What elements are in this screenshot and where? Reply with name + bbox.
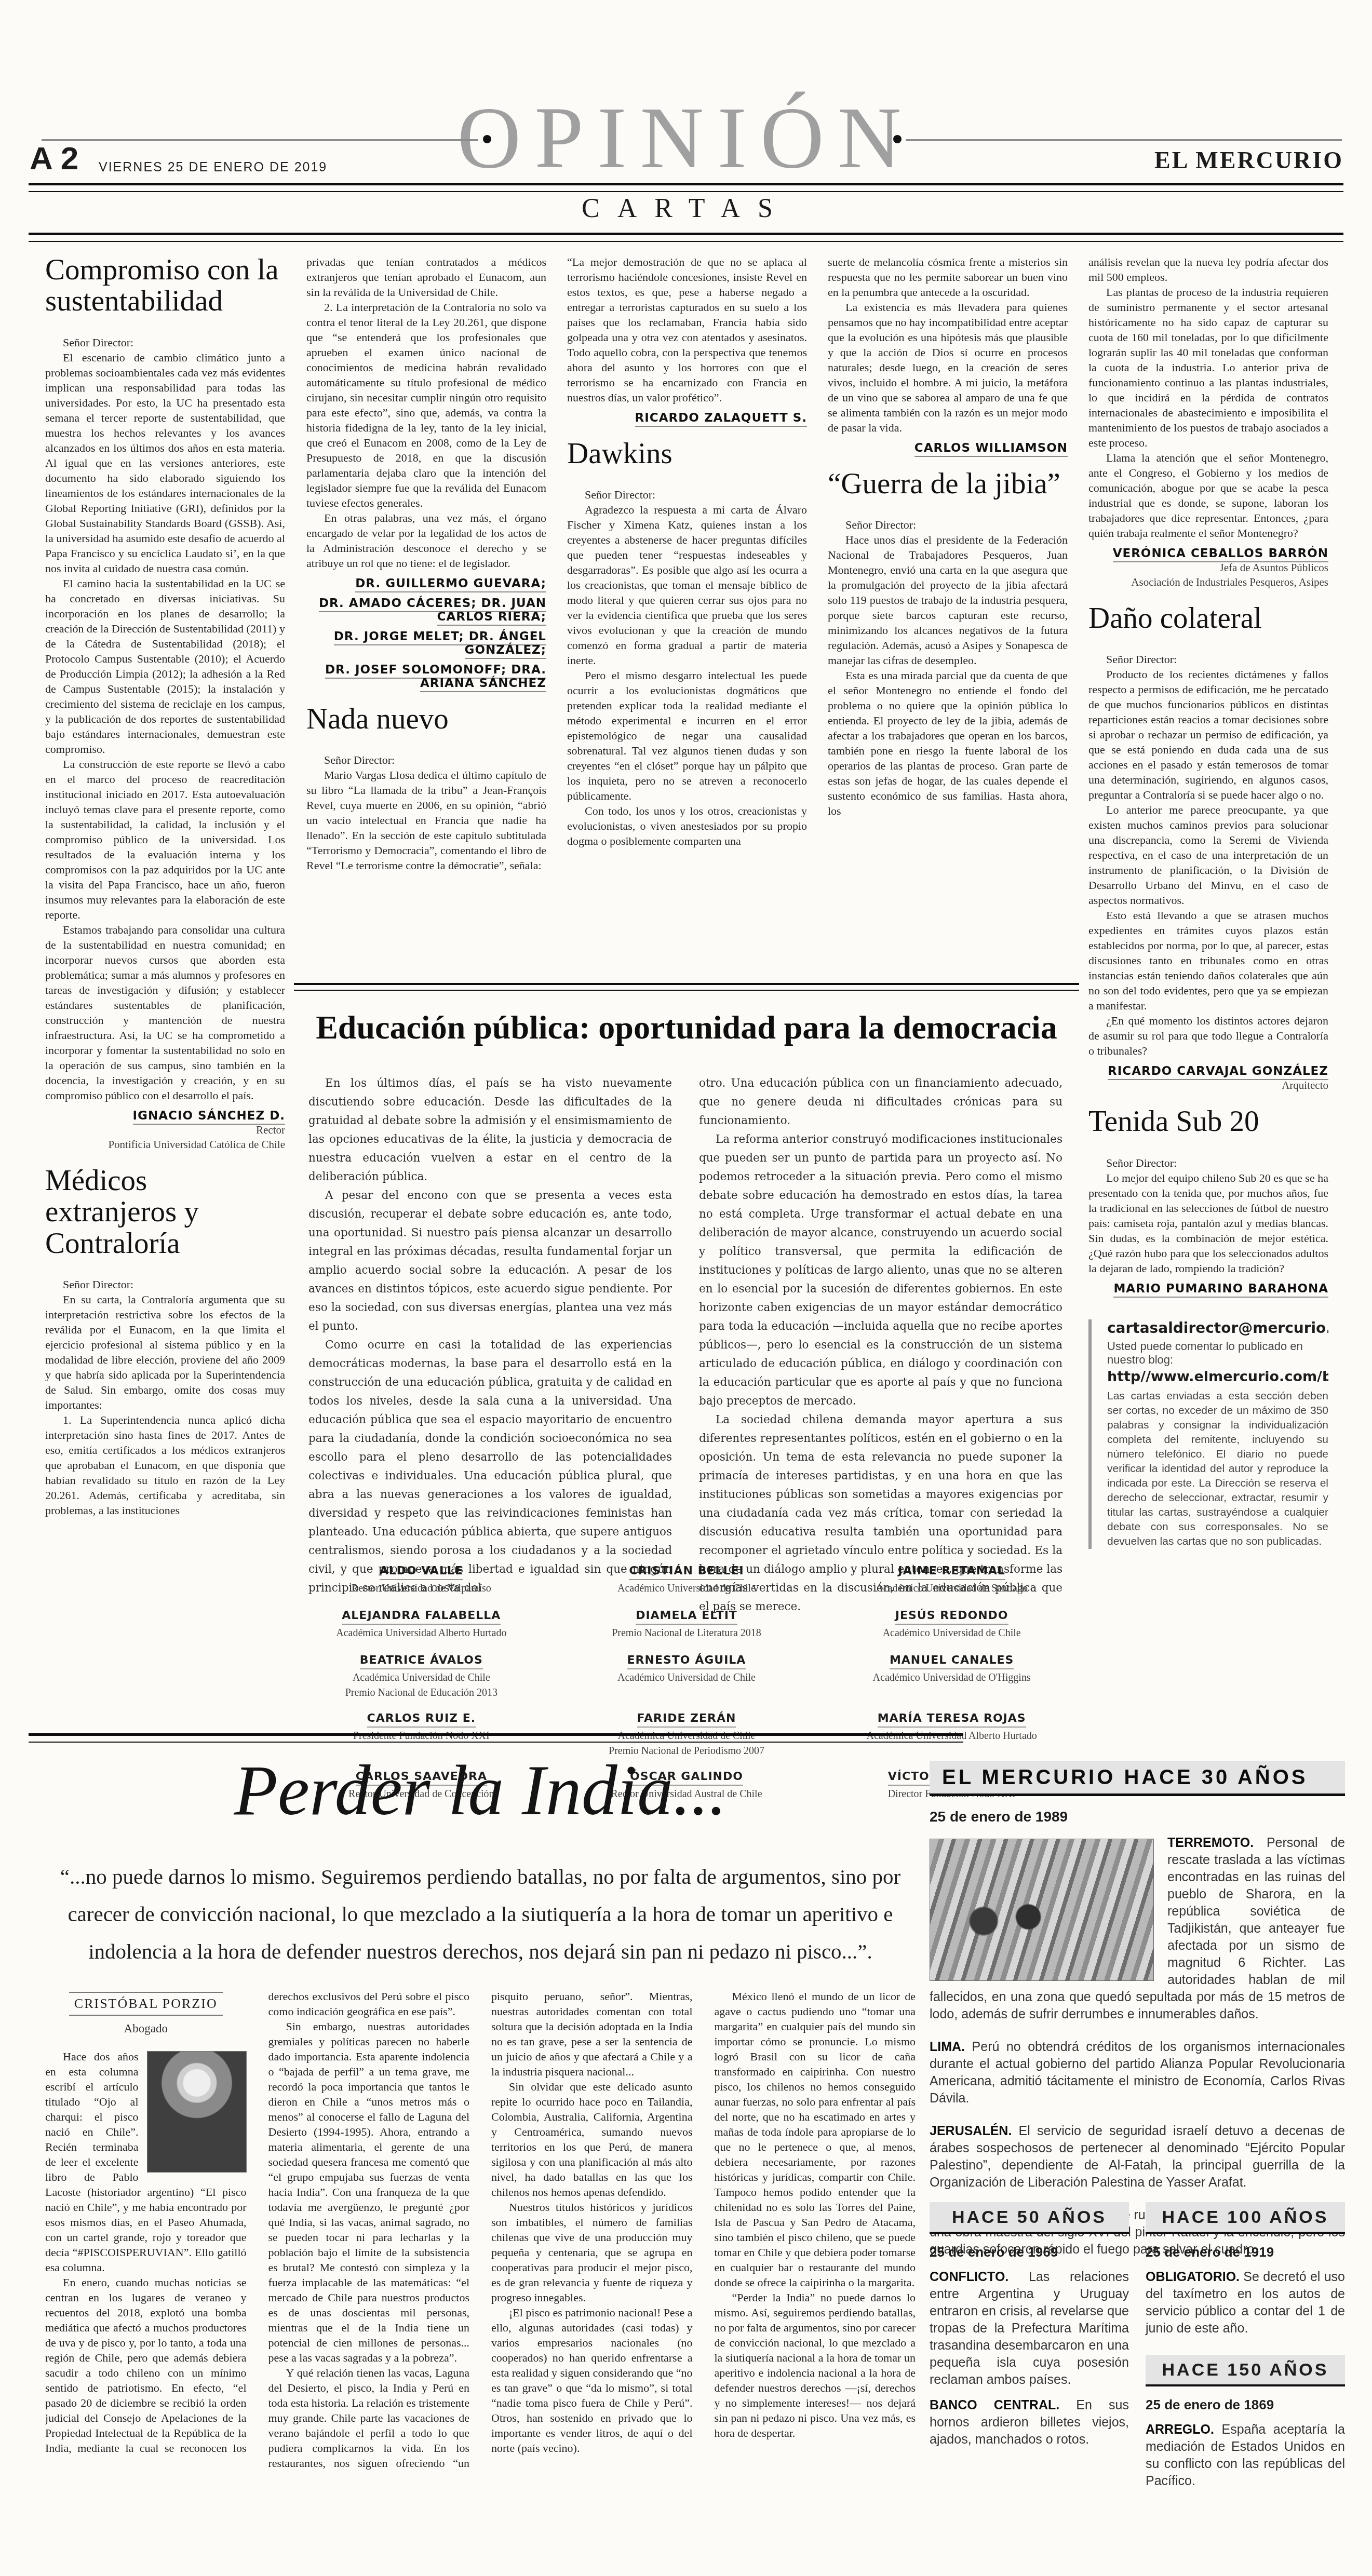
letters-policy-text: Las cartas enviadas a esta sección deben… [1107,1389,1328,1549]
page-date: VIERNES 25 DE ENERO DE 2019 [99,160,327,175]
entry-obligatorio: OBLIGATORIO. Se decretó el uso del taxím… [1146,2269,1345,2337]
newspaper-page: OPINIÓN A 2 VIERNES 25 DE ENERO DE 2019 … [0,0,1372,2576]
entry-keyword: TERREMOTO. [1167,1836,1254,1850]
letters-column-2: privadas que tenían contratados a médico… [306,254,546,977]
letter-paragraph: La construcción de este reporte se llevó… [45,757,285,922]
salutation: Señor Director: [1088,1155,1328,1170]
entry-keyword: CONFLICTO. [930,2270,1008,2284]
signature: VERÓNICA CEBALLOS BARRÓN [1088,547,1328,560]
letter-paragraph: ¿En qué momento los distintos actores de… [1088,1013,1328,1058]
masthead-dot-icon [483,135,491,143]
letters-column-4: suerte de melancolía cósmica frente a mi… [828,254,1068,977]
letter-paragraph: 1. La Superintendencia nunca aplicó dich… [45,1412,285,1518]
education-column-b: otro. Una educación pública con un finan… [699,1074,1062,1616]
signature-block: RICARDO CARVAJAL GONZÁLEZ Arquitecto [1088,1064,1328,1093]
letter-body: Producto de los recientes dictámenes y f… [1088,667,1328,1058]
letter-paragraph: Hace unos días el presidente de la Feder… [828,532,1068,668]
earthquake-photo [930,1839,1154,1981]
sidebar-date: 25 de enero de 1989 [930,1809,1345,1825]
signature-block: IGNACIO SÁNCHEZ D. Rector Pontificia Uni… [45,1109,285,1152]
letter-paragraph: Con todo, los unos y los otros, creacion… [567,803,807,848]
letters-column-5: análisis revelan que la nueva ley podría… [1088,254,1328,1745]
letter-paragraph: En otras palabras, una vez más, el órgan… [306,510,546,571]
letter-body: Lo mejor del equipo chileno Sub 20 es qu… [1088,1170,1328,1276]
signature: DR. GUILLERMO GUEVARA; [306,577,546,590]
salutation: Señor Director: [45,335,285,350]
signature: IGNACIO SÁNCHEZ D. [45,1109,285,1123]
brand-name: EL MERCURIO [1154,146,1343,174]
subsection-title: CARTAS [0,193,1372,224]
sidebar-entry-lima: LIMA. Perú no obtendrá créditos de los o… [930,2039,1345,2107]
letter-continuation: análisis revelan que la nueva ley podría… [1088,254,1328,285]
signatory: ALEJANDRA FALABELLAAcadémica Universidad… [294,1609,549,1641]
article-paragraph: Sin olvidar que este delicado asunto rep… [491,2079,693,2200]
letter-paragraph: El camino hacia la sustentabilidad en la… [45,576,285,757]
sidebar-entry-jerusalen: JERUSALÉN. El servicio de seguridad isra… [930,2123,1345,2191]
divider-rule [29,233,1343,242]
salutation: Señor Director: [1088,652,1328,667]
author-portrait-photo [147,2051,247,2173]
salutation: Señor Director: [828,517,1068,532]
letter-paragraph: Esta es una mirada parcial que da cuenta… [828,668,1068,818]
sidebar-entry-terremoto: TERREMOTO. Personal de rescate traslada … [930,1835,1345,2023]
signatory: MANUEL CANALESAcadémico Universidad de O… [824,1654,1079,1700]
hace-150-title-bar: HACE 150 AÑOS [1146,2355,1345,2386]
letters-submission-box: cartasaldirector@mercurio.cl Usted puede… [1088,1319,1328,1549]
signature-block: DR. GUILLERMO GUEVARA; DR. AMADO CÁCERES… [306,577,546,690]
page-number: A 2 [30,140,78,177]
letter-body: Hace unos días el presidente de la Feder… [828,532,1068,818]
education-paragraph: La reforma anterior construyó modificaci… [699,1130,1062,1411]
letter-body: Agradezco la respuesta a mi carta de Álv… [567,502,807,848]
entry-arreglo: ARREGLO. España aceptaría la mediación d… [1146,2421,1345,2490]
education-paragraph: otro. Una educación pública con un finan… [699,1074,1062,1130]
letter-paragraph: Lo mejor del equipo chileno Sub 20 es qu… [1088,1170,1328,1276]
entry-keyword: ARREGLO. [1146,2422,1214,2437]
blog-url-link[interactable]: http//www.elmercurio.com/blogs [1107,1369,1328,1385]
entry-banco-central: BANCO CENTRAL. En sus hornos ardieron bi… [930,2397,1129,2448]
signature: DR. JORGE MELET; DR. ÁNGEL GONZÁLEZ; [306,630,546,657]
article-paragraph: Nuestros títulos históricos y jurídicos … [491,2200,693,2305]
letter-body: En su carta, la Contraloría argumenta qu… [45,1292,285,1518]
india-article-body: CRISTÓBAL PORZIO Abogado Hace dos años e… [45,1989,916,2562]
author-name: CRISTÓBAL PORZIO [69,1992,223,2016]
letters-email-link[interactable]: cartasaldirector@mercurio.cl [1107,1319,1328,1337]
entry-keyword: BANCO CENTRAL. [930,2398,1059,2412]
masthead-rule-left [42,139,478,141]
signature-block: VERÓNICA CEBALLOS BARRÓN Jefa de Asuntos… [1088,547,1328,589]
letter-paragraph: En su carta, la Contraloría argumenta qu… [45,1292,285,1412]
divider-rule [29,1733,963,1743]
salutation: Señor Director: [45,1277,285,1292]
letter-paragraph: Llama la atención que el señor Montenegr… [1088,450,1328,541]
letter-title: Médicos extranjeros y Contraloría [45,1165,285,1259]
salutation: Señor Director: [567,487,807,502]
letter-paragraph: Las plantas de proceso de la industria r… [1088,285,1328,450]
entry-keyword: OBLIGATORIO. [1146,2270,1240,2284]
hace-50-anos-box: HACE 50 AÑOS 25 de enero de 1969 CONFLIC… [930,2202,1129,2490]
letter-title: Compromiso con la sustentabilidad [45,254,285,317]
letter-body: El escenario de cambio climático junto a… [45,350,285,1103]
education-paragraph: En los últimos días, el país se ha visto… [308,1074,672,1186]
hace-50-date: 25 de enero de 1969 [930,2244,1129,2260]
masthead-dot-icon [893,135,902,143]
letter-title: Dawkins [567,438,807,469]
hace-50-title-bar: HACE 50 AÑOS [930,2202,1129,2234]
blog-invite-text: Usted puede comentar lo publicado en nue… [1107,1340,1328,1367]
signature-role: Rector [45,1123,285,1137]
letter-paragraph: La existencia es más llevadera para quie… [828,300,1068,435]
hace-100-title-bar: HACE 100 AÑOS [1146,2202,1345,2234]
signature: RICARDO ZALAQUETT S. [567,411,807,425]
letter-paragraph: 2. La interpretación de la Contraloría n… [306,300,546,510]
letter-continuation: suerte de melancolía cósmica frente a mi… [828,254,1068,300]
divider-rule [29,183,1343,192]
article-paragraph: México llenó el mundo de un licor de aga… [715,1989,916,2290]
signatory: DIAMELA ELTITPremio Nacional de Literatu… [559,1609,814,1641]
hace-100-anos-box: HACE 100 AÑOS 25 de enero de 1919 OBLIGA… [1146,2202,1345,2490]
education-column-a: En los últimos días, el país se ha visto… [308,1074,672,1598]
letter-paragraph: Esto está llevando a que se atrasen much… [1088,908,1328,1013]
signatory: ALDO VALLERector Universidad de Valparaí… [294,1565,549,1597]
education-paragraph: A pesar del encono con que se presenta a… [308,1186,672,1336]
entry-keyword: LIMA. [930,2040,965,2054]
signatory: JAIME RETAMALAcadémico Universidad de Sa… [824,1565,1079,1597]
letter-paragraph: El escenario de cambio climático junto a… [45,350,285,576]
hace-100-date: 25 de enero de 1919 [1146,2244,1345,2260]
entry-conflicto: CONFLICTO. Las relaciones entre Argentin… [930,2269,1129,2389]
signature: DR. JOSEF SOLOMONOFF; DRA. ARIANA SÁNCHE… [306,663,546,690]
letter-continuation: privadas que tenían contratados a médico… [306,254,546,300]
letter-title: Nada nuevo [306,704,546,735]
signature: CARLOS WILLIAMSON [828,441,1068,455]
letter-paragraph: Lo anterior me parece preocupante, ya qu… [1088,802,1328,908]
letter-paragraph: Mario Vargas Llosa dedica el último capí… [306,767,546,873]
letters-column-3: “La mejor demostración de que no se apla… [567,254,807,977]
article-paragraph: Sin embargo, nuestras autoridades gremia… [268,2019,470,2365]
letter-paragraph: Producto de los recientes dictámenes y f… [1088,667,1328,802]
masthead-rule-right [906,139,1342,141]
india-pull-quote: “...no puede darnos lo mismo. Seguiremos… [56,1858,905,1970]
signature-block: RICARDO ZALAQUETT S. [567,411,807,425]
signatory: BEATRICE ÁVALOSAcadémica Universidad de … [294,1654,549,1700]
signature: DR. AMADO CÁCERES; DR. JUAN CARLOS RIERA… [306,597,546,624]
signatory: ERNESTO ÁGUILAAcadémico Universidad de C… [559,1654,814,1700]
author-role: Abogado [45,2022,247,2035]
salutation: Señor Director: [306,752,546,767]
signature: MARIO PUMARINO BARAHONA [1088,1282,1328,1296]
signatory: CRISTIÁN BELLEIAcadémico Universidad de … [559,1565,814,1597]
letter-title: Tenida Sub 20 [1088,1106,1328,1137]
signature-role: Arquitecto [1088,1078,1328,1093]
signatory: JESÚS REDONDOAcadémico Universidad de Ch… [824,1609,1079,1641]
letter-paragraph: Agradezco la respuesta a mi carta de Álv… [567,502,807,668]
divider-rule [294,983,1079,991]
entry-keyword: JERUSALÉN. [930,2124,1012,2138]
signature: RICARDO CARVAJAL GONZÁLEZ [1088,1064,1328,1078]
article-paragraph: ¡El pisco es patrimonio nacional! Pese a… [491,2305,693,2456]
byline-block: CRISTÓBAL PORZIO Abogado [45,1992,247,2035]
article-paragraph: “Perder la India” no puede darnos lo mis… [715,2290,916,2440]
education-headline: Educación pública: oportunidad para la d… [294,1008,1079,1047]
letter-continuation: “La mejor demostración de que no se apla… [567,254,807,405]
sidebar-title-bar: EL MERCURIO HACE 30 AÑOS [930,1761,1345,1796]
signature-block: MARIO PUMARINO BARAHONA [1088,1282,1328,1296]
letter-paragraph: Estamos trabajando para consolidar una c… [45,922,285,1103]
education-feature: Educación pública: oportunidad para la d… [294,983,1079,1742]
history-sidebar: EL MERCURIO HACE 30 AÑOS 25 de enero de … [930,1761,1345,2571]
letter-title: “Guerra de la jibia” [828,468,1068,500]
signature-role: Asociación de Industriales Pesqueros, As… [1088,575,1328,589]
signature-block: CARLOS WILLIAMSON [828,441,1068,455]
letters-column-1: Compromiso con la sustentabilidad Señor … [45,254,285,1745]
signature-role: Pontificia Universidad Católica de Chile [45,1137,285,1152]
hace-150-date: 25 de enero de 1869 [1146,2397,1345,2413]
signature-role: Jefa de Asuntos Públicos [1088,560,1328,575]
education-paragraph: Como ocurre en casi la totalidad de las … [308,1336,672,1598]
india-headline: Perder la India... [45,1749,916,1831]
letter-paragraph: Pero el mismo desgarro intelectual les p… [567,668,807,803]
letter-title: Daño colateral [1088,603,1328,634]
